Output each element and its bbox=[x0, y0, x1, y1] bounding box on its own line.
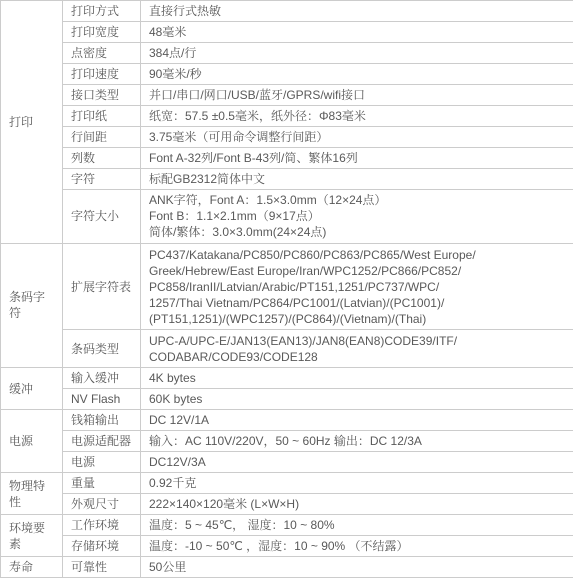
spec-category-cell: 电源 bbox=[1, 410, 63, 473]
spec-category-cell: 物理特性 bbox=[1, 473, 63, 515]
spec-row: 外观尺寸 222×140×120毫米 (L×W×H) bbox=[1, 494, 573, 515]
spec-row: 点密度 384点/行 bbox=[1, 43, 573, 64]
spec-label-cell: 打印宽度 bbox=[63, 22, 141, 43]
spec-value-cell: ANK字符，Font A：1.5×3.0mm（12×24点） Font B：1.… bbox=[141, 190, 573, 244]
spec-label-cell: 字符 bbox=[63, 169, 141, 190]
spec-label-cell: 列数 bbox=[63, 148, 141, 169]
spec-row: 环境要素 工作环境 温度：5 ~ 45℃， 湿度：10 ~ 80% bbox=[1, 515, 573, 536]
spec-label-cell: 电源适配器 bbox=[63, 431, 141, 452]
spec-value-cell: 48毫米 bbox=[141, 22, 573, 43]
spec-value-cell: Font A-32列/Font B-43列/简、繁体16列 bbox=[141, 148, 573, 169]
spec-value-cell: 温度：5 ~ 45℃， 湿度：10 ~ 80% bbox=[141, 515, 573, 536]
spec-label-cell: 重量 bbox=[63, 473, 141, 494]
spec-row: 寿命 可靠性 50公里 bbox=[1, 557, 573, 578]
spec-row: 字符大小 ANK字符，Font A：1.5×3.0mm（12×24点） Font… bbox=[1, 190, 573, 244]
spec-label-cell: NV Flash bbox=[63, 389, 141, 410]
spec-row: 列数 Font A-32列/Font B-43列/简、繁体16列 bbox=[1, 148, 573, 169]
spec-row: NV Flash 60K bytes bbox=[1, 389, 573, 410]
spec-row: 接口类型 并口/串口/网口/USB/蓝牙/GPRS/wifi接口 bbox=[1, 85, 573, 106]
spec-sheet: 打印 打印方式 直接行式热敏 打印宽度 48毫米 点密度 384点/行 打印速度… bbox=[0, 0, 573, 578]
spec-label-cell: 点密度 bbox=[63, 43, 141, 64]
spec-label-cell: 可靠性 bbox=[63, 557, 141, 578]
spec-label-cell: 工作环境 bbox=[63, 515, 141, 536]
spec-row: 行间距 3.75毫米（可用命令调整行间距） bbox=[1, 127, 573, 148]
spec-label-cell: 外观尺寸 bbox=[63, 494, 141, 515]
spec-row: 电源适配器 输入：AC 110V/220V，50 ~ 60Hz 输出：DC 12… bbox=[1, 431, 573, 452]
spec-label-cell: 接口类型 bbox=[63, 85, 141, 106]
spec-value-cell: UPC-A/UPC-E/JAN13(EAN13)/JAN8(EAN8)CODE3… bbox=[141, 330, 573, 368]
spec-value-cell: 纸宽：57.5 ±0.5毫米，纸外径：Φ83毫米 bbox=[141, 106, 573, 127]
spec-label-cell: 存储环境 bbox=[63, 536, 141, 557]
spec-value-cell: DC12V/3A bbox=[141, 452, 573, 473]
spec-value-cell: DC 12V/1A bbox=[141, 410, 573, 431]
spec-value-cell: 0.92千克 bbox=[141, 473, 573, 494]
spec-row: 打印速度 90毫米/秒 bbox=[1, 64, 573, 85]
spec-value-cell: PC437/Katakana/PC850/PC860/PC863/PC865/W… bbox=[141, 243, 573, 329]
spec-value-cell: 222×140×120毫米 (L×W×H) bbox=[141, 494, 573, 515]
spec-row: 打印纸 纸宽：57.5 ±0.5毫米，纸外径：Φ83毫米 bbox=[1, 106, 573, 127]
spec-label-cell: 输入缓冲 bbox=[63, 368, 141, 389]
spec-row: 缓冲 输入缓冲 4K bytes bbox=[1, 368, 573, 389]
spec-label-cell: 打印纸 bbox=[63, 106, 141, 127]
spec-row: 打印 打印方式 直接行式热敏 bbox=[1, 1, 573, 22]
spec-table: 打印 打印方式 直接行式热敏 打印宽度 48毫米 点密度 384点/行 打印速度… bbox=[0, 0, 573, 578]
spec-row: 字符 标配GB2312简体中文 bbox=[1, 169, 573, 190]
spec-label-cell: 打印速度 bbox=[63, 64, 141, 85]
spec-label-cell: 电源 bbox=[63, 452, 141, 473]
spec-row: 电源 DC12V/3A bbox=[1, 452, 573, 473]
spec-value-cell: 直接行式热敏 bbox=[141, 1, 573, 22]
spec-value-cell: 标配GB2312简体中文 bbox=[141, 169, 573, 190]
spec-label-cell: 行间距 bbox=[63, 127, 141, 148]
spec-category-cell: 缓冲 bbox=[1, 368, 63, 410]
spec-value-cell: 4K bytes bbox=[141, 368, 573, 389]
spec-label-cell: 打印方式 bbox=[63, 1, 141, 22]
spec-row: 物理特性 重量 0.92千克 bbox=[1, 473, 573, 494]
spec-label-cell: 字符大小 bbox=[63, 190, 141, 244]
spec-category-cell: 环境要素 bbox=[1, 515, 63, 557]
spec-value-cell: 温度：-10 ~ 50℃ ，湿度：10 ~ 90% （不结露） bbox=[141, 536, 573, 557]
spec-label-cell: 扩展字符表 bbox=[63, 243, 141, 329]
spec-value-cell: 输入：AC 110V/220V，50 ~ 60Hz 输出：DC 12/3A bbox=[141, 431, 573, 452]
spec-value-cell: 60K bytes bbox=[141, 389, 573, 410]
spec-row: 电源 钱箱输出 DC 12V/1A bbox=[1, 410, 573, 431]
spec-value-cell: 90毫米/秒 bbox=[141, 64, 573, 85]
spec-value-cell: 3.75毫米（可用命令调整行间距） bbox=[141, 127, 573, 148]
spec-value-cell: 并口/串口/网口/USB/蓝牙/GPRS/wifi接口 bbox=[141, 85, 573, 106]
spec-value-cell: 50公里 bbox=[141, 557, 573, 578]
spec-category-cell: 条码字符 bbox=[1, 243, 63, 367]
spec-label-cell: 钱箱输出 bbox=[63, 410, 141, 431]
spec-row: 打印宽度 48毫米 bbox=[1, 22, 573, 43]
spec-row: 条码类型 UPC-A/UPC-E/JAN13(EAN13)/JAN8(EAN8)… bbox=[1, 330, 573, 368]
spec-category-cell: 打印 bbox=[1, 1, 63, 244]
spec-row: 条码字符 扩展字符表 PC437/Katakana/PC850/PC860/PC… bbox=[1, 243, 573, 329]
spec-label-cell: 条码类型 bbox=[63, 330, 141, 368]
spec-category-cell: 寿命 bbox=[1, 557, 63, 578]
spec-value-cell: 384点/行 bbox=[141, 43, 573, 64]
spec-row: 存储环境 温度：-10 ~ 50℃ ，湿度：10 ~ 90% （不结露） bbox=[1, 536, 573, 557]
